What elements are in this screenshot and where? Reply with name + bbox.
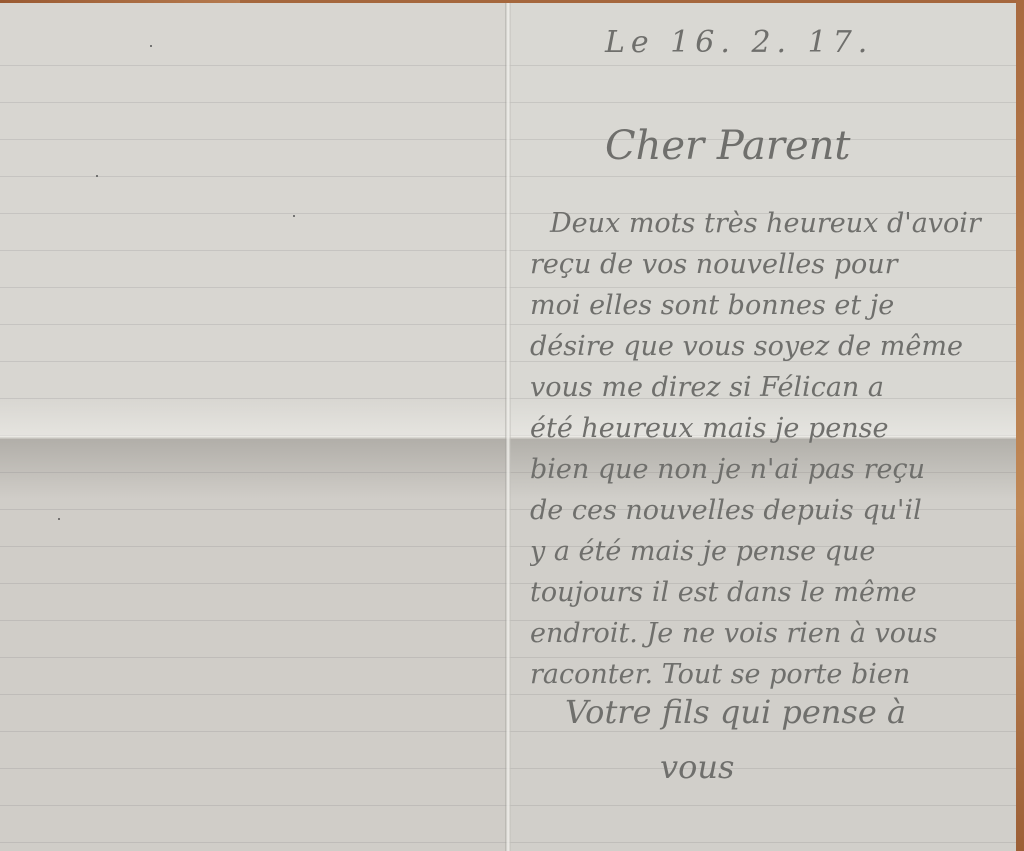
letter-date: Le 16. 2. 17. [605,25,873,60]
vertical-fold-crease [505,3,511,851]
letter-body-line: bien que non je n'ai pas reçu [530,449,1020,490]
letter-body-line: endroit. Je ne vois rien à vous [530,613,1020,654]
letter-sheet: Le 16. 2. 17. Cher Parent Deux mots très… [0,3,1016,851]
paper-speck [293,215,295,217]
letter-body-line: vous me direz si Félican a [530,367,1020,408]
letter-body-line: de ces nouvelles depuis qu'il [530,490,1020,531]
letter-body-line: raconter. Tout se porte bien [530,654,1020,695]
letter-body-line: reçu de vos nouvelles pour [530,244,1020,285]
letter-handwriting: Le 16. 2. 17. Cher Parent Deux mots très… [530,3,1010,851]
paper-speck [150,45,152,47]
paper-speck [96,175,98,177]
letter-salutation: Cher Parent [605,123,850,169]
letter-body-line: toujours il est dans le même [530,572,1020,613]
letter-body-line: Deux mots très heureux d'avoir [530,203,1020,244]
letter-body-line: désire que vous soyez de même [530,326,1020,367]
letter-closing: Votre fils qui pense à [565,693,906,731]
letter-body: Deux mots très heureux d'avoir reçu de v… [530,203,1020,695]
letter-body-line: été heureux mais je pense [530,408,1020,449]
letter-closing-continued: vous [660,748,734,786]
letter-body-line: y a été mais je pense que [530,531,1020,572]
letter-body-line: moi elles sont bonnes et je [530,285,1020,326]
